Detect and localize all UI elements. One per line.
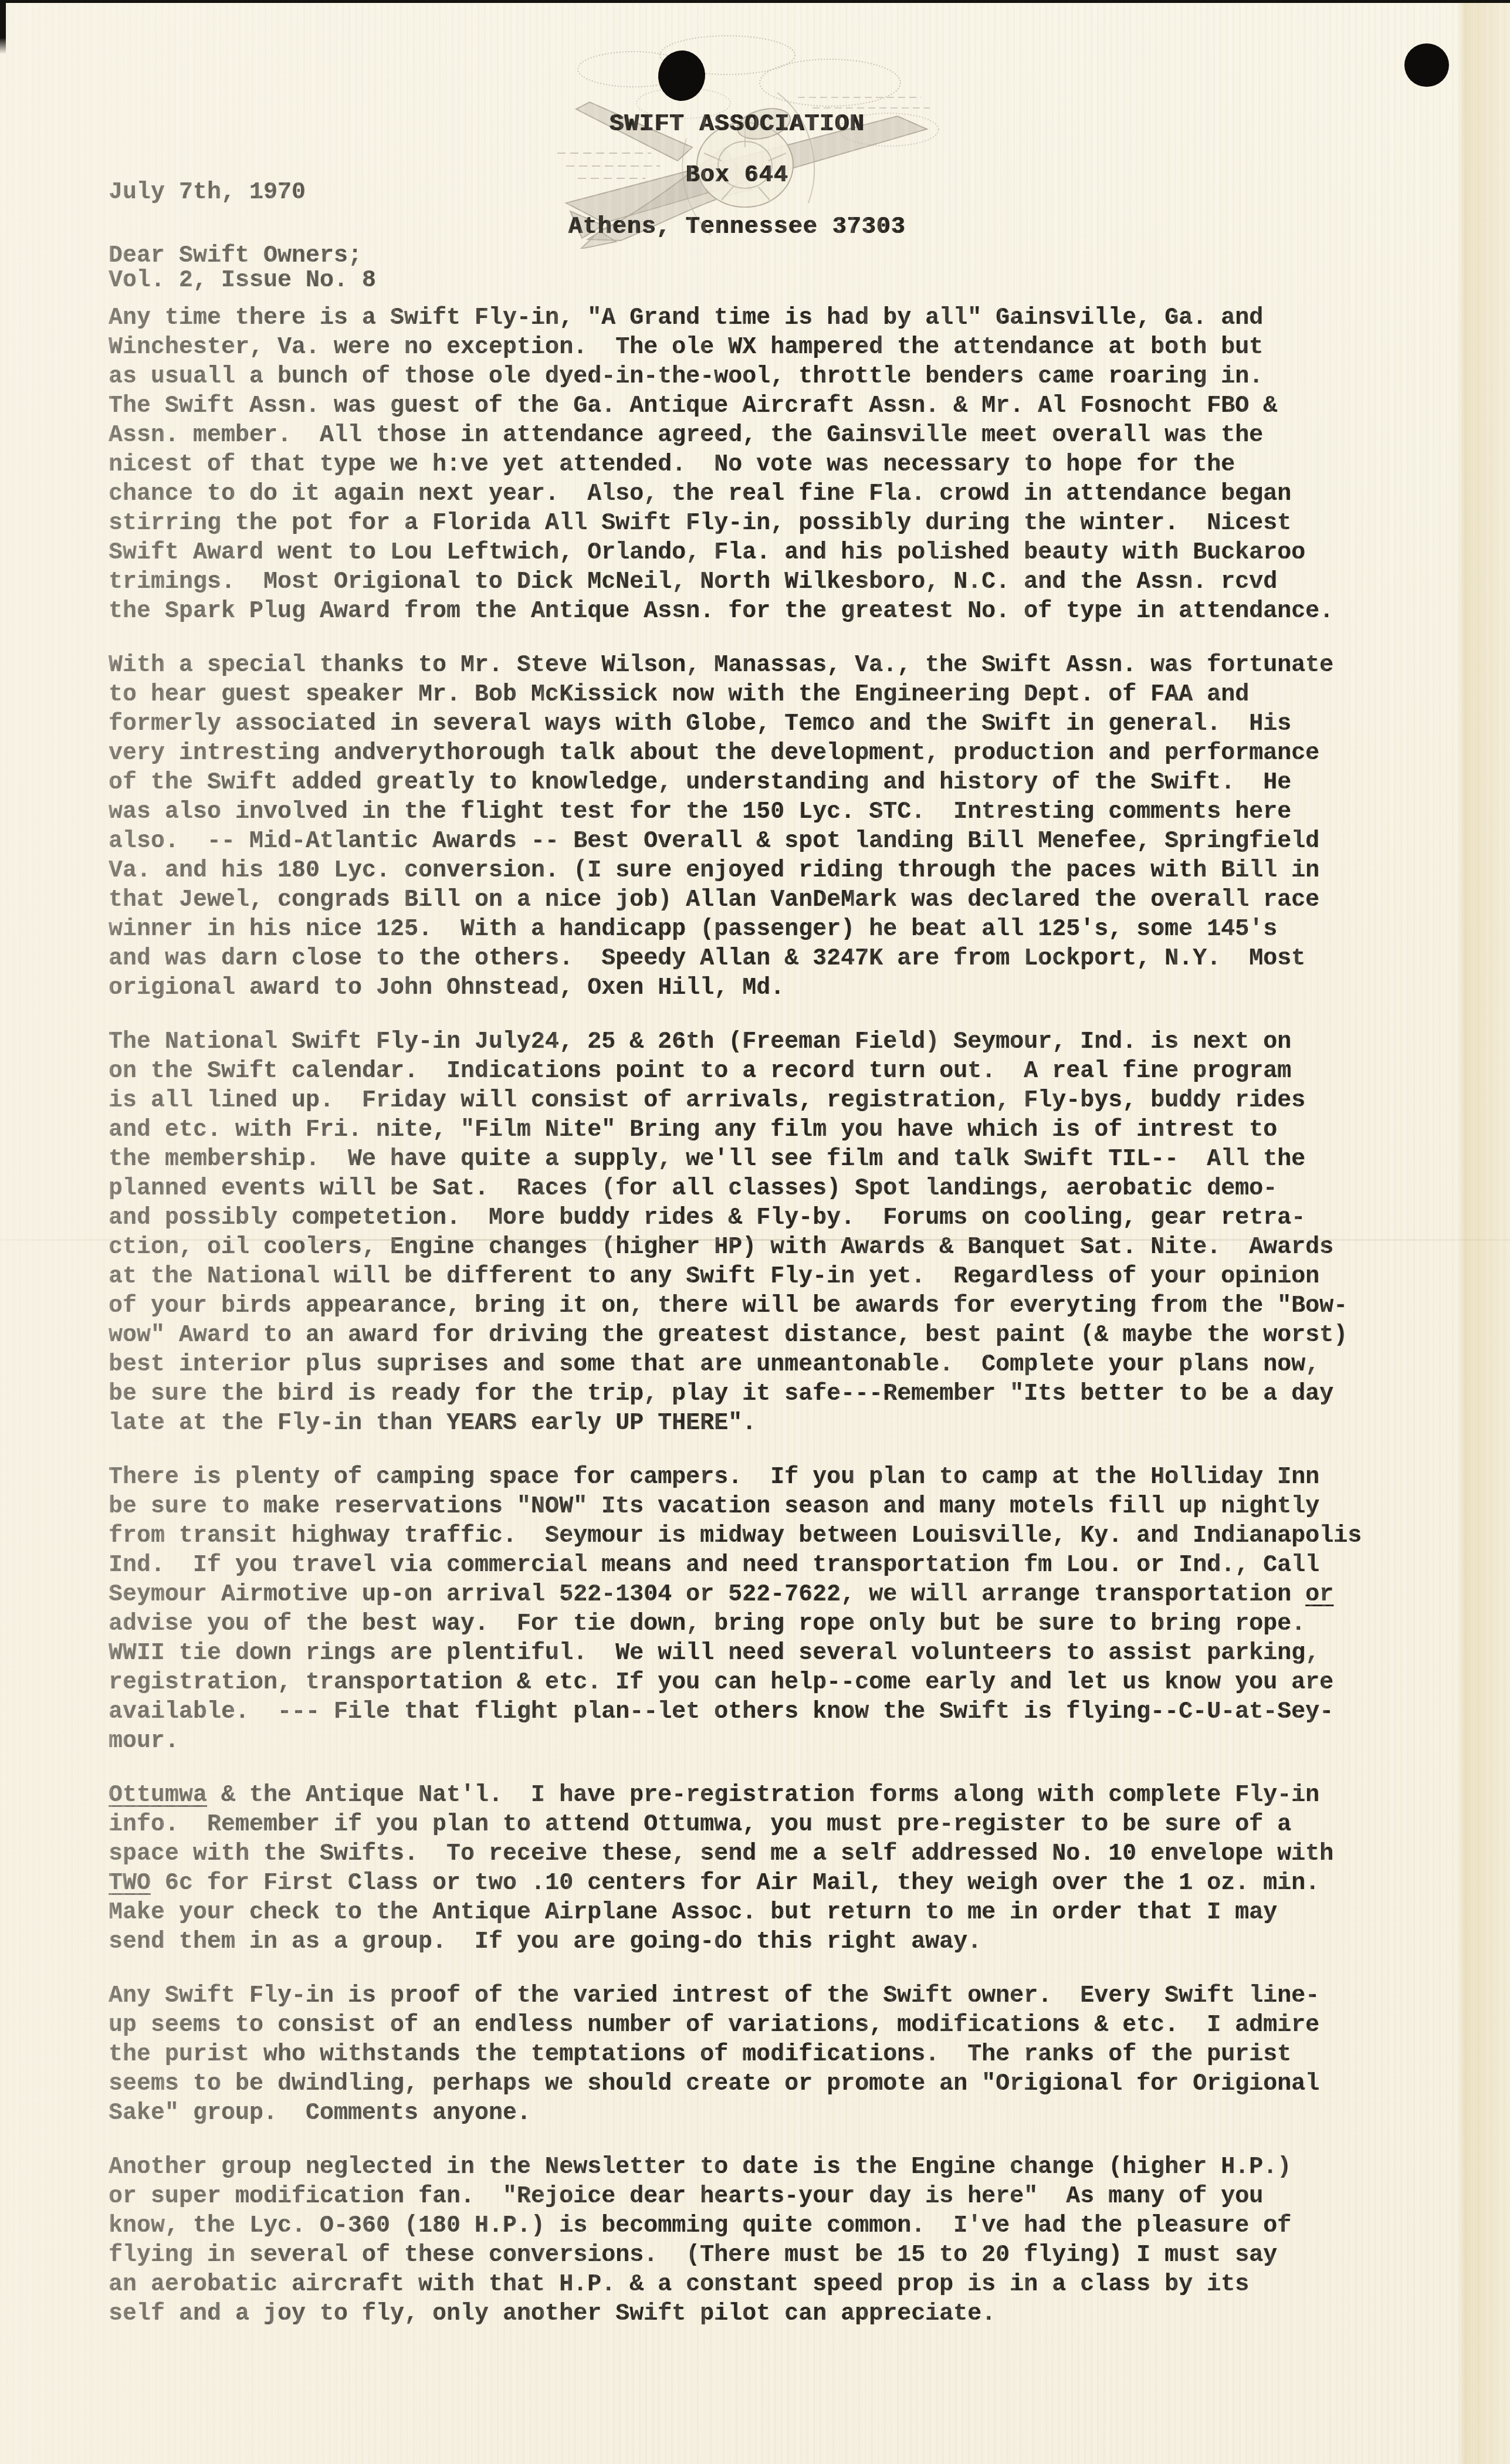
typed-line: Ottumwa & the Antique Nat'l. I have pre-… — [109, 1781, 1399, 1810]
typed-line: was also involved in the flight test for… — [109, 798, 1399, 827]
typed-line: Ind. If you travel via commercial means … — [109, 1551, 1399, 1580]
typed-line: an aerobatic aircraft with that H.P. & a… — [109, 2270, 1399, 2300]
typed-line: of the Swift added greatly to knowledge,… — [109, 769, 1399, 798]
typed-line: Any Swift Fly-in is proof of the varied … — [109, 1982, 1399, 2011]
typed-line: ction, oil coolers, Engine changes (high… — [109, 1233, 1399, 1263]
body-paragraph: With a special thanks to Mr. Steve Wilso… — [109, 651, 1399, 1003]
typed-line: planned events will be Sat. Races (for a… — [109, 1175, 1399, 1204]
org-name: SWIFT ASSOCIATION — [557, 109, 916, 140]
typed-line: wow" Award to an award for driving the g… — [109, 1321, 1399, 1351]
typed-line: is all lined up. Friday will consist of … — [109, 1087, 1399, 1116]
typed-line: Another group neglected in the Newslette… — [109, 2153, 1399, 2182]
typed-line: TWO 6c for First Class or two .10 center… — [109, 1869, 1399, 1898]
typed-line: from transit highway traffic. Seymour is… — [109, 1522, 1399, 1551]
typed-line: send them in as a group. If you are goin… — [109, 1928, 1399, 1957]
typed-line: and was darn close to the others. Speedy… — [109, 945, 1399, 974]
typed-line: mour. — [109, 1727, 1399, 1756]
typed-line: WWII tie down rings are plentiful. We wi… — [109, 1639, 1399, 1668]
typed-line: formerly associated in several ways with… — [109, 710, 1399, 739]
typed-line: advise you of the best way. For tie down… — [109, 1610, 1399, 1639]
body-paragraph: The National Swift Fly-in July24, 25 & 2… — [109, 1028, 1399, 1439]
typed-line: origional award to John Ohnstead, Oxen H… — [109, 974, 1399, 1003]
scan-top-edge — [0, 0, 1510, 3]
typed-line: nicest of that type we h:ve yet attended… — [109, 451, 1399, 480]
typed-line: Assn. member. All those in attendance ag… — [109, 421, 1399, 451]
masthead-date: July 7th, 1970 — [109, 178, 376, 208]
typed-line: best interior plus suprises and some tha… — [109, 1351, 1399, 1380]
typed-line: The Swift Assn. was guest of the Ga. Ant… — [109, 392, 1399, 421]
org-address-box: Box 644 — [557, 161, 916, 191]
typed-line: Sake" group. Comments anyone. — [109, 2099, 1399, 2128]
newsletter-page: July 7th, 1970 Vol. 2, Issue No. 8 SWIFT… — [0, 0, 1510, 2464]
typed-line: on the Swift calendar. Indications point… — [109, 1057, 1399, 1087]
typed-line: late at the Fly-in than YEARS early UP T… — [109, 1409, 1399, 1439]
typed-line: available. --- File that flight plan--le… — [109, 1698, 1399, 1727]
typed-line: the Spark Plug Award from the Antique As… — [109, 597, 1399, 627]
salutation: Dear Swift Owners; — [109, 242, 362, 271]
typed-line: very intresting andverythorough talk abo… — [109, 739, 1399, 769]
typed-line: be sure to make reservations "NOW" Its v… — [109, 1492, 1399, 1522]
body-paragraph: Any time there is a Swift Fly-in, "A Gra… — [109, 304, 1399, 627]
typed-line: and etc. with Fri. nite, "Film Nite" Bri… — [109, 1116, 1399, 1145]
typed-line: to hear guest speaker Mr. Bob McKissick … — [109, 681, 1399, 710]
typed-line: Va. and his 180 Lyc. conversion. (I sure… — [109, 857, 1399, 886]
punch-hole-right — [1404, 43, 1449, 87]
scan-left-edge — [0, 0, 6, 54]
typed-line: of your birds appearance, bring it on, t… — [109, 1292, 1399, 1321]
typed-line: winner in his nice 125. With a handicapp… — [109, 915, 1399, 945]
typed-line: also. -- Mid-Atlantic Awards -- Best Ove… — [109, 827, 1399, 857]
typed-line: There is plenty of camping space for cam… — [109, 1463, 1399, 1492]
typed-line: stirring the pot for a Florida All Swift… — [109, 509, 1399, 539]
typed-line: Any time there is a Swift Fly-in, "A Gra… — [109, 304, 1399, 333]
typed-line: flying in several of these conversions. … — [109, 2241, 1399, 2270]
typed-line: info. Remember if you plan to attend Ott… — [109, 1810, 1399, 1840]
typed-line: registration, transportation & etc. If y… — [109, 1668, 1399, 1698]
body-paragraph: There is plenty of camping space for cam… — [109, 1463, 1399, 1756]
typed-line: the membership. We have quite a supply, … — [109, 1145, 1399, 1175]
typed-line: The National Swift Fly-in July24, 25 & 2… — [109, 1028, 1399, 1057]
typed-line: Winchester, Va. were no exception. The o… — [109, 333, 1399, 363]
typed-line: With a special thanks to Mr. Steve Wilso… — [109, 651, 1399, 681]
body-paragraph: Another group neglected in the Newslette… — [109, 2153, 1399, 2329]
typed-line: at the National will be different to any… — [109, 1263, 1399, 1292]
typed-line: or super modification fan. "Rejoice dear… — [109, 2182, 1399, 2212]
typed-line: Swift Award went to Lou Leftwich, Orland… — [109, 539, 1399, 568]
body-paragraph: Any Swift Fly-in is proof of the varied … — [109, 1982, 1399, 2128]
typed-line: the purist who withstands the temptation… — [109, 2040, 1399, 2070]
typed-line: chance to do it again next year. Also, t… — [109, 480, 1399, 509]
paper-fold-crease — [0, 1239, 1510, 1241]
typed-line: be sure the bird is ready for the trip, … — [109, 1380, 1399, 1409]
typed-line: up seems to consist of an endless number… — [109, 2011, 1399, 2040]
typed-line: seems to be dwindling, perhaps we should… — [109, 2070, 1399, 2099]
masthead-org-block: SWIFT ASSOCIATION Box 644 Athens, Tennes… — [557, 88, 916, 264]
typed-line: and possibly competetion. More buddy rid… — [109, 1204, 1399, 1233]
typed-line: that Jewel, congrads Bill on a nice job)… — [109, 886, 1399, 915]
typed-line: Make your check to the Antique Airplane … — [109, 1898, 1399, 1928]
org-address-city: Athens, Tennessee 37303 — [557, 212, 916, 243]
typed-line: trimings. Most Origional to Dick McNeil,… — [109, 568, 1399, 597]
body-paragraph: Ottumwa & the Antique Nat'l. I have pre-… — [109, 1781, 1399, 1957]
typed-line: as usuall a bunch of those ole dyed-in-t… — [109, 363, 1399, 392]
typed-line: space with the Swifts. To receive these,… — [109, 1840, 1399, 1869]
typed-line: know, the Lyc. O-360 (180 H.P.) is becom… — [109, 2212, 1399, 2241]
typed-line: self and a joy to fly, only another Swif… — [109, 2300, 1399, 2329]
body-text: Any time there is a Swift Fly-in, "A Gra… — [109, 304, 1399, 2354]
typed-line: Seymour Airmotive up-on arrival 522-1304… — [109, 1580, 1399, 1610]
